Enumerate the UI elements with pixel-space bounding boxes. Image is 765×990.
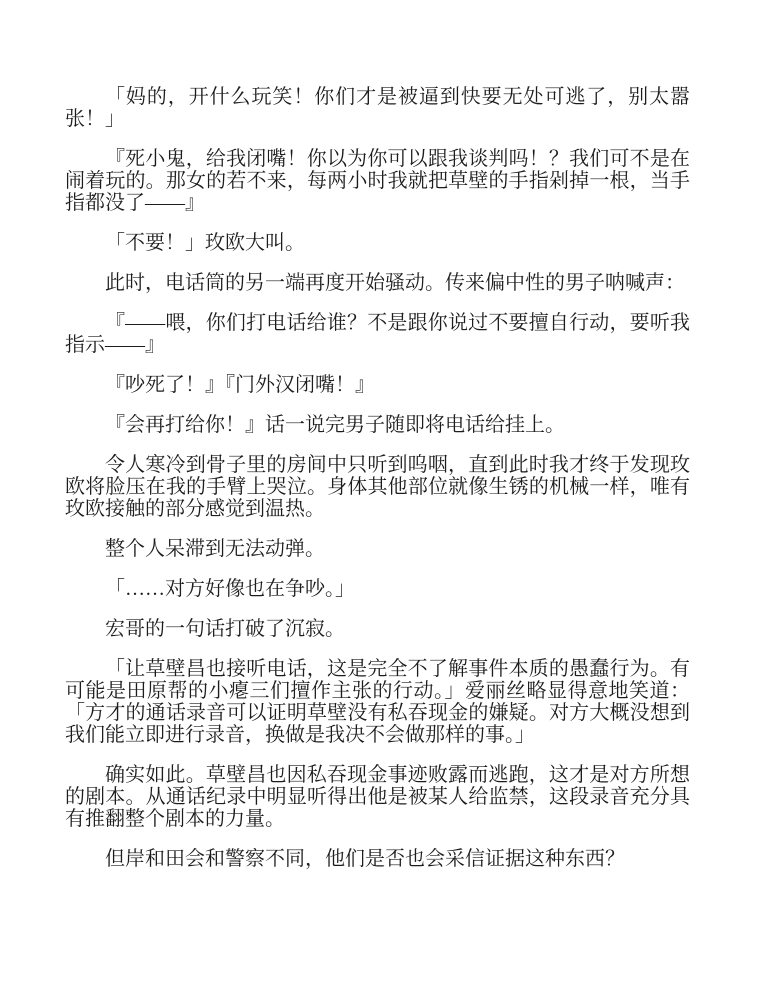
paragraph: 整个人呆滞到无法动弹。	[65, 538, 690, 560]
paragraph: 确实如此。草壁昌也因私吞现金事迹败露而逃跑，这才是对方所想的剧本。从通话纪录中明…	[65, 764, 690, 830]
novel-text: 「妈的，开什么玩笑！你们才是被逼到快要无处可逃了，别太嚣张！」『死小鬼，给我闭嘴…	[65, 86, 690, 870]
paragraph: 「让草壁昌也接听电话，这是完全不了解事件本质的愚蠢行为。有可能是田原帮的小瘪三们…	[65, 658, 690, 746]
paragraph: 『吵死了！』『门外汉闭嘴！』	[65, 374, 690, 396]
paragraph: 令人寒冷到骨子里的房间中只听到呜咽，直到此时我才终于发现玫欧将脸压在我的手臂上哭…	[65, 454, 690, 520]
paragraph: 宏哥的一句话打破了沉寂。	[65, 618, 690, 640]
paragraph: 此时，电话筒的另一端再度开始骚动。传来偏中性的男子呐喊声：	[65, 272, 690, 294]
ebook-page: 「妈的，开什么玩笑！你们才是被逼到快要无处可逃了，别太嚣张！」『死小鬼，给我闭嘴…	[0, 0, 765, 990]
paragraph: 「不要！」玫欧大叫。	[65, 232, 690, 254]
paragraph: 『会再打给你！』话一说完男子随即将电话给挂上。	[65, 414, 690, 436]
paragraph: 「……对方好像也在争吵。」	[65, 578, 690, 600]
paragraph: 「妈的，开什么玩笑！你们才是被逼到快要无处可逃了，别太嚣张！」	[65, 86, 690, 130]
paragraph: 『——喂，你们打电话给谁？不是跟你说过不要擅自行动，要听我指示——』	[65, 312, 690, 356]
paragraph: 『死小鬼，给我闭嘴！你以为你可以跟我谈判吗！？我们可不是在闹着玩的。那女的若不来…	[65, 148, 690, 214]
paragraph: 但岸和田会和警察不同，他们是否也会采信证据这种东西？	[65, 848, 690, 870]
